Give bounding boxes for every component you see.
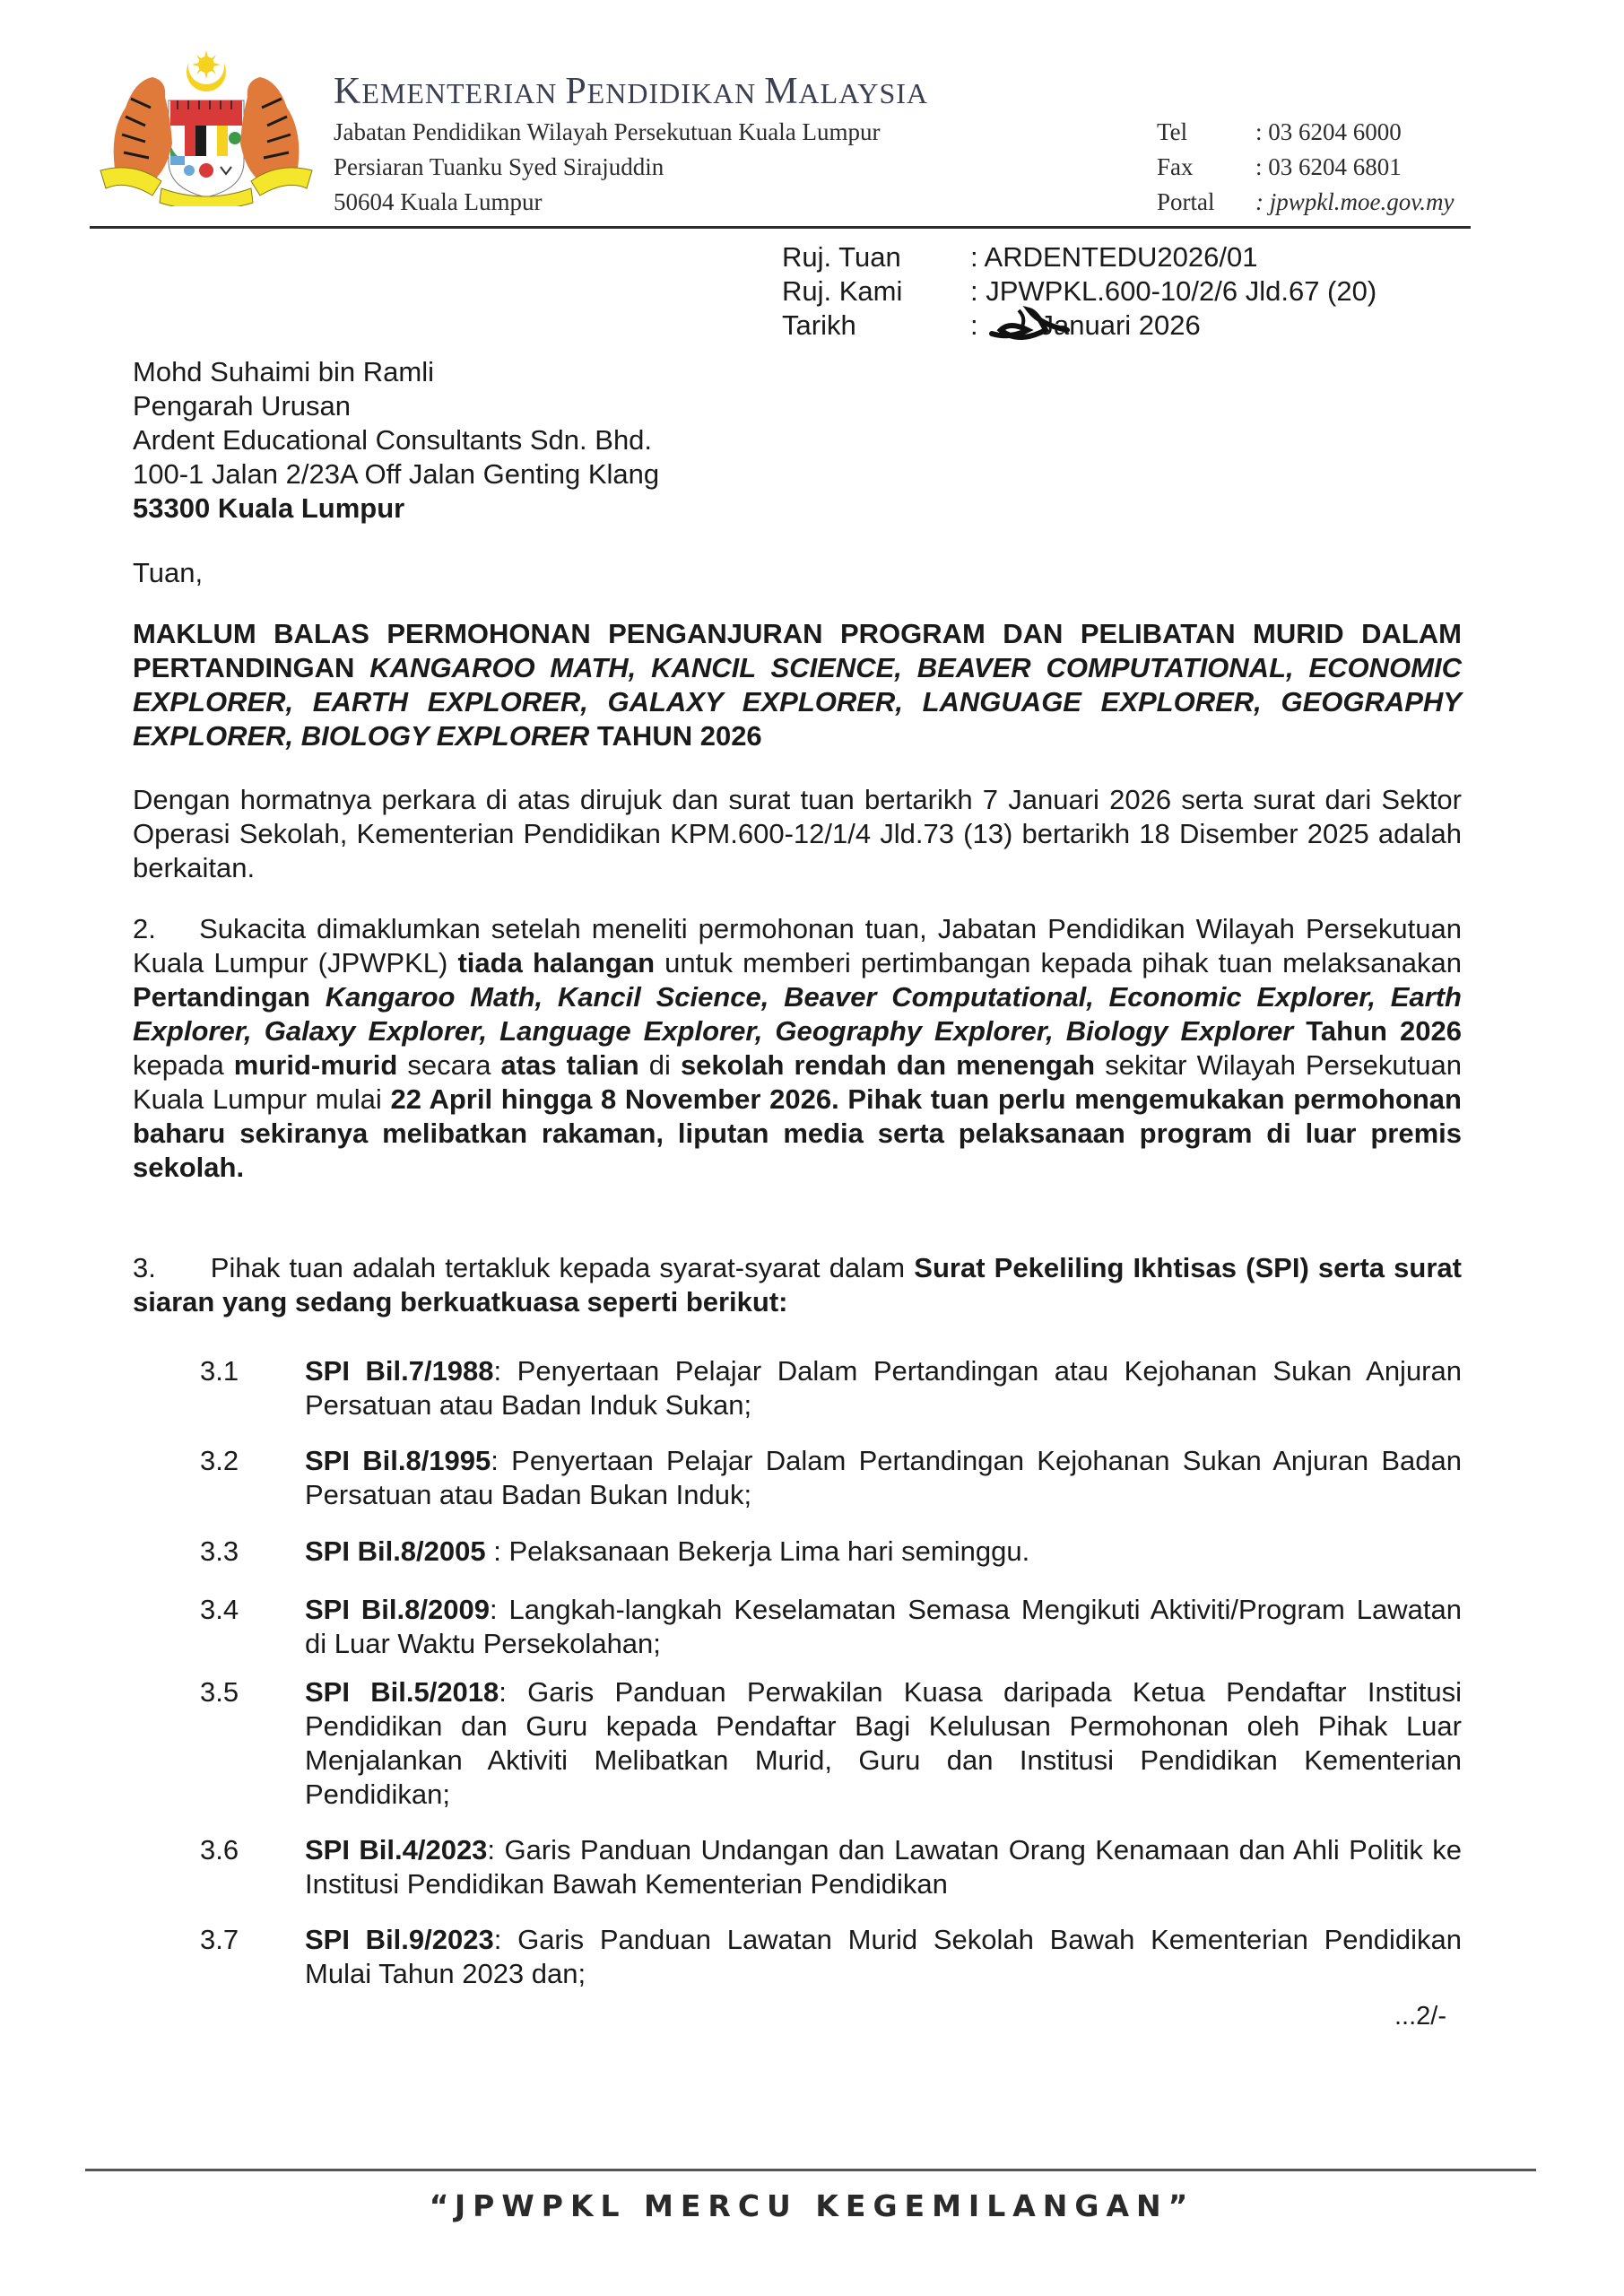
paragraph-3: 3. Pihak tuan adalah tertakluk kepada sy…	[133, 1251, 1462, 1319]
page-continuation: ...2/-	[1394, 2002, 1446, 2031]
letter-subject: MAKLUM BALAS PERMOHONAN PENGANJURAN PROG…	[133, 617, 1462, 753]
department-street: Persiaran Tuanku Syed Sirajuddin	[334, 150, 881, 185]
department-name: Jabatan Pendidikan Wilayah Persekutuan K…	[334, 115, 881, 150]
paragraph-1: Dengan hormatnya perkara di atas dirujuk…	[133, 783, 1462, 885]
spi-item: 3.2 SPI Bil.8/1995: Penyertaan Pelajar D…	[133, 1444, 1462, 1512]
spi-item: 3.6 SPI Bil.4/2023: Garis Panduan Undang…	[133, 1833, 1462, 1901]
header-divider	[90, 226, 1471, 229]
footer-motto: “JPWPKL MERCU KEGEMILANGAN”	[0, 2188, 1624, 2223]
reference-block: Ruj. Tuan : ARDENTEDU2026/01 Ruj. Kami :…	[782, 240, 1376, 343]
recipient-name: Mohd Suhaimi bin Ramli	[133, 355, 1462, 389]
spi-item: 3.1 SPI Bil.7/1988: Penyertaan Pelajar D…	[133, 1354, 1462, 1422]
portal-link[interactable]: : jpwpkl.moe.gov.my	[1255, 185, 1454, 220]
spi-item: 3.7 SPI Bil.9/2023: Garis Panduan Lawata…	[133, 1923, 1462, 1991]
letter-page: KEMENTERIAN PENDIDIKAN MALAYSIA Jabatan …	[0, 0, 1624, 2296]
recipient-street: 100-1 Jalan 2/23A Off Jalan Genting Klan…	[133, 457, 1462, 491]
footer-divider	[85, 2169, 1536, 2171]
department-address: Jabatan Pendidikan Wilayah Persekutuan K…	[334, 115, 881, 220]
ref-date: Tarikh : Januari 2026	[782, 309, 1376, 343]
contact-portal: Portal : jpwpkl.moe.gov.my	[1157, 185, 1454, 220]
recipient-title: Pengarah Urusan	[133, 389, 1462, 423]
spi-item: 3.5 SPI Bil.5/2018: Garis Panduan Perwak…	[133, 1675, 1462, 1812]
coat-of-arms-icon	[99, 45, 314, 206]
recipient-company: Ardent Educational Consultants Sdn. Bhd.	[133, 423, 1462, 457]
ref-tuan: Ruj. Tuan : ARDENTEDU2026/01	[782, 240, 1376, 274]
salutation: Tuan,	[133, 556, 1462, 590]
spi-item: 3.4 SPI Bil.8/2009: Langkah-langkah Kese…	[133, 1593, 1462, 1661]
handwritten-day-icon	[983, 303, 1081, 346]
spi-item: 3.3 SPI Bil.8/2005 : Pelaksanaan Bekerja…	[133, 1535, 1462, 1569]
department-city: 50604 Kuala Lumpur	[334, 185, 881, 220]
contact-block: Tel : 03 6204 6000 Fax : 03 6204 6801 Po…	[1157, 115, 1454, 220]
recipient-city: 53300 Kuala Lumpur	[133, 491, 1462, 526]
recipient-address: Mohd Suhaimi bin Ramli Pengarah Urusan A…	[133, 355, 1462, 526]
ministry-title: KEMENTERIAN PENDIDIKAN MALAYSIA	[334, 70, 928, 113]
contact-fax: Fax : 03 6204 6801	[1157, 150, 1454, 185]
paragraph-2: 2. Sukacita dimaklumkan setelah meneliti…	[133, 912, 1462, 1185]
contact-tel: Tel : 03 6204 6000	[1157, 115, 1454, 150]
